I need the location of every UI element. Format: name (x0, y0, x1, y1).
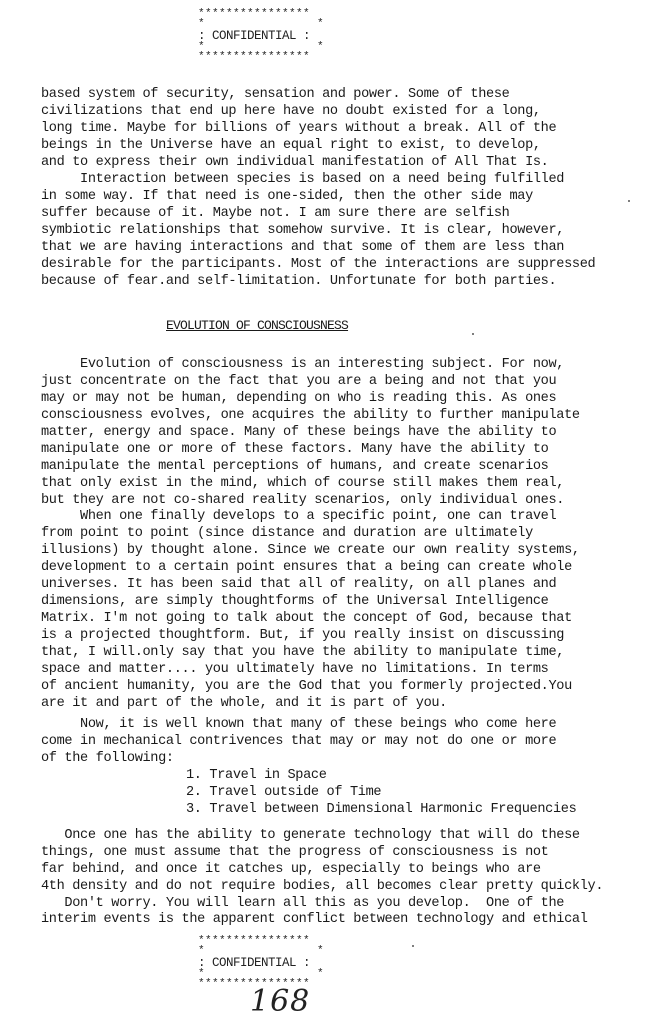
text-line: that we are having interactions and that… (41, 239, 564, 256)
text-line: of the following: (41, 750, 174, 767)
scan-speck (472, 333, 474, 335)
text-line: just concentrate on the fact that you ar… (41, 373, 556, 390)
text-line: 4th density and do not require bodies, a… (41, 878, 603, 895)
page-number: 168 (250, 984, 310, 1019)
stamp-side-marks: * * (198, 947, 324, 957)
text-line: may or may not be human, depending on wh… (41, 390, 556, 407)
text-line: Now, it is well known that many of these… (41, 716, 556, 733)
scan-speck (628, 200, 630, 202)
text-line: consciousness evolves, one acquires the … (41, 407, 580, 424)
text-line: things, one must assume that the progres… (41, 844, 549, 861)
text-line: from point to point (since distance and … (41, 525, 533, 542)
stamp-border-bottom: **************** (198, 53, 324, 63)
text-line: based system of security, sensation and … (41, 86, 509, 103)
text-line: come in mechanical contrivences that may… (41, 733, 556, 750)
text-line: but they are not co-shared reality scena… (41, 492, 564, 509)
text-line: far behind, and once it catches up, espe… (41, 861, 541, 878)
text-line: suffer because of it. Maybe not. I am su… (41, 205, 509, 222)
text-line: of ancient humanity, you are the God tha… (41, 678, 572, 695)
text-line: Interaction between species is based on … (41, 171, 564, 188)
text-line: beings in the Universe have an equal rig… (41, 137, 541, 154)
text-line: symbiotic relationships that somehow sur… (41, 222, 564, 239)
text-line: development to a certain point ensures t… (41, 559, 572, 576)
text-line: illusions) by thought alone. Since we cr… (41, 542, 580, 559)
text-line: that, I will.only say that you have the … (41, 644, 564, 661)
header-confidential-stamp: **************** * * : CONFIDENTIAL : * … (198, 10, 324, 62)
text-line: When one finally develops to a specific … (41, 508, 556, 525)
text-line: Evolution of consciousness is an interes… (41, 356, 564, 373)
text-line: Don't worry. You will learn all this as … (41, 895, 564, 912)
text-line: in some way. If that need is one-sided, … (41, 188, 533, 205)
text-line: space and matter.... you ultimately have… (41, 661, 549, 678)
list-item: 1. Travel in Space (186, 767, 327, 784)
text-line: because of fear.and self-limitation. Unf… (41, 273, 556, 290)
text-line: Matrix. I'm not going to talk about the … (41, 610, 572, 627)
list-item: 2. Travel outside of Time (186, 784, 381, 801)
document-page: **************** * * : CONFIDENTIAL : * … (0, 0, 664, 1028)
text-line: that only exist in the mind, which of co… (41, 475, 564, 492)
text-line: manipulate the mental perceptions of hum… (41, 458, 549, 475)
text-line: interim events is the apparent conflict … (41, 911, 588, 928)
text-line: long time. Maybe for billions of years w… (41, 120, 556, 137)
footer-confidential-stamp: **************** * * : CONFIDENTIAL : * … (198, 937, 324, 989)
text-line: matter, energy and space. Many of these … (41, 424, 556, 441)
text-line: universes. It has been said that all of … (41, 576, 556, 593)
list-item: 3. Travel between Dimensional Harmonic F… (186, 801, 576, 818)
text-line: are it and part of the whole, and it is … (41, 695, 447, 712)
text-line: desirable for the participants. Most of … (41, 256, 595, 273)
scan-speck (412, 945, 414, 947)
text-line: civilizations that end up here have no d… (41, 103, 541, 120)
text-line: dimensions, are simply thoughtforms of t… (41, 593, 549, 610)
text-line: Once one has the ability to generate tec… (41, 827, 580, 844)
text-line: is a projected thoughtform. But, if you … (41, 627, 564, 644)
text-line: manipulate one or more of these factors.… (41, 441, 549, 458)
text-line: and to express their own individual mani… (41, 154, 549, 171)
stamp-side-marks: * * (198, 20, 324, 30)
section-heading: EVOLUTION OF CONSCIOUSNESS (166, 318, 348, 333)
